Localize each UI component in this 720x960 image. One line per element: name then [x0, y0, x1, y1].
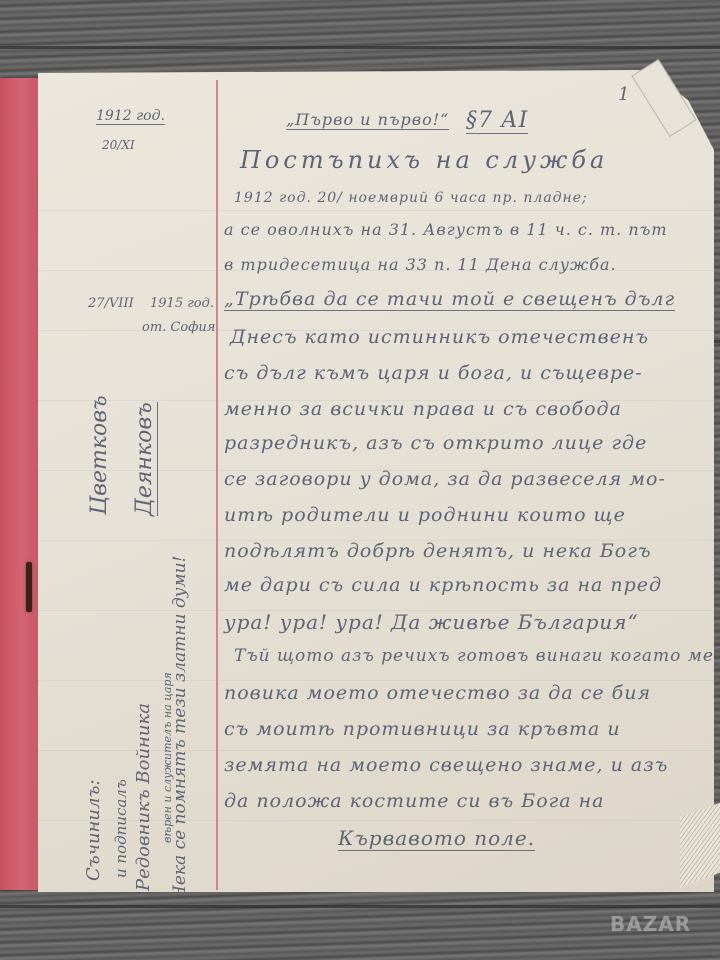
body-line: ура! ура! ура! Да живѣе България“	[224, 610, 639, 634]
body-line: съ дълг къмъ царя и бога, и същевре-	[224, 362, 643, 384]
document-heading: Постъпихъ на служба	[240, 146, 608, 174]
body-line: Днесъ като истинникъ отечественъ	[230, 326, 649, 348]
body-line: земята на моето свещено знаме, и азъ	[224, 754, 668, 776]
document-page: 1 1912 год. 20/XI „Първо и първо!“ §7 АI…	[38, 70, 714, 892]
margin-year: 1912 год.	[96, 108, 165, 125]
body-line: в тридесетица на 33 п. 11 Дена служба.	[224, 255, 617, 274]
ruled-line	[38, 680, 714, 681]
margin-note-date: 27/VIII	[88, 296, 134, 311]
title-mark: §7 АI	[466, 108, 528, 134]
wood-plank-seam	[0, 46, 720, 49]
margin-note-year: 1915 год.	[150, 296, 214, 311]
ruled-line	[38, 210, 714, 211]
wood-plank-seam	[0, 905, 720, 908]
margin-note-soldier: Редовникъ Войника	[133, 703, 154, 891]
body-line: разредникъ, азъ съ открито лице где	[224, 432, 647, 454]
margin-line	[216, 80, 218, 890]
page-number: 1	[618, 84, 630, 105]
body-line: менно за всички права и съ свобода	[224, 398, 622, 420]
margin-note-composed: Съчинилъ:	[83, 779, 104, 881]
body-line: се заговори у дома, за да развеселя мо-	[224, 468, 666, 490]
body-line: подѣлятъ добрѣ денятъ, и нека Богъ	[224, 540, 651, 562]
watermark-logo: BAZAR	[610, 912, 691, 936]
body-line: Тъй щото азъ речихъ готовъ винаги когато…	[234, 646, 714, 666]
margin-signature-name-2: Деянковъ	[132, 402, 158, 516]
title-quote: „Първо и първо!“	[286, 110, 449, 130]
staple	[26, 562, 32, 612]
worn-page-edges	[680, 803, 720, 888]
body-line: итѣ родители и роднини които ще	[224, 504, 626, 526]
margin-signature-name-1: Цветковъ	[87, 395, 112, 515]
body-line: а се оволнихъ на 31. Августъ в 11 ч. с. …	[224, 220, 667, 239]
margin-date: 20/XI	[102, 138, 135, 152]
body-line: „Трѣбва да се тачи той е свещенъ дълг	[224, 288, 675, 311]
body-line: ме дари съ сила и крѣпость за на пред	[224, 574, 662, 596]
body-line: да положа костите си въ Бога на	[224, 790, 604, 812]
body-line: 1912 год. 20/ ноемврий 6 часа пр. пладне…	[234, 190, 588, 206]
margin-note-place: от. София	[142, 320, 215, 335]
body-line: повика моето отечество за да се бия	[224, 682, 651, 704]
margin-note-signed: и подписалъ	[112, 779, 130, 878]
body-line: съ моитѣ противници за кръвта и	[224, 718, 621, 740]
closing-line: Кървавото поле.	[338, 826, 535, 851]
margin-note-remember: Нека се помнятъ тези златни думи!	[170, 556, 190, 900]
